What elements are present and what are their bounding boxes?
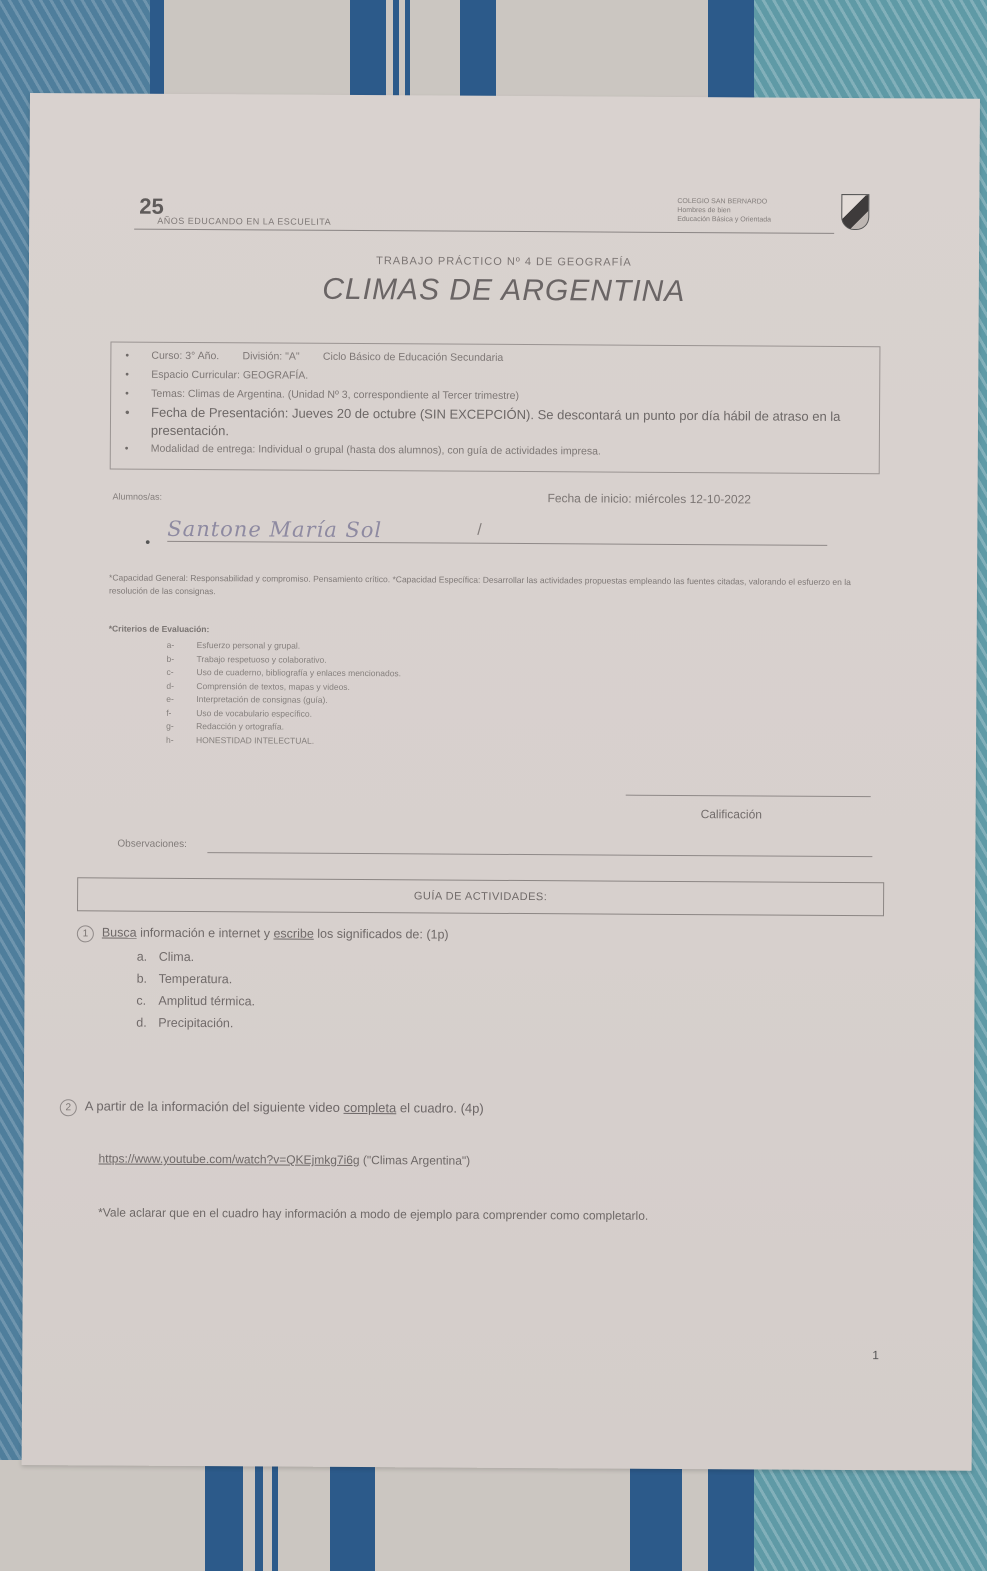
student-name-handwritten: Santone María Sol: [167, 517, 382, 542]
grade-label: Calificación: [701, 807, 762, 821]
fabric-navy-stripe: [255, 1460, 263, 1571]
term-item: d.Precipitación.: [136, 1012, 255, 1035]
grade-line: [626, 795, 871, 797]
school-info: COLEGIO SAN BERNARDO Hombres de bien Edu…: [677, 197, 771, 225]
question-number-circle: 1: [77, 925, 94, 942]
header-divider: [134, 229, 834, 234]
criterio-item: e-Interpretación de consignas (guía).: [166, 693, 401, 708]
name-line: [167, 541, 827, 546]
criterio-item: a-Esfuerzo personal y grupal.: [167, 639, 402, 654]
activities-guide-header: GUÍA DE ACTIVIDADES:: [77, 877, 884, 916]
observations-line: [207, 852, 872, 857]
name-separator: /: [477, 522, 482, 540]
question-2: 2A partir de la información del siguient…: [60, 1098, 484, 1119]
document-subtitle: TRABAJO PRÁCTICO Nº 4 DE GEOGRAFÍA: [29, 253, 979, 271]
fabric-navy-stripe: [272, 1460, 278, 1571]
start-date: Fecha de inicio: miércoles 12-10-2022: [547, 491, 751, 506]
question-number-circle: 2: [60, 1099, 77, 1116]
info-item-due-date: Fecha de Presentación: Jueves 20 de octu…: [151, 404, 879, 444]
youtube-link[interactable]: https://www.youtube.com/watch?v=QKEjmkg7…: [98, 1151, 359, 1167]
info-box: Curso: 3° Año. División: "A" Ciclo Básic…: [110, 341, 881, 474]
term-item: c.Amplitud térmica.: [136, 990, 255, 1013]
header-slogan: AÑOS EDUCANDO EN LA ESCUELITA: [157, 216, 331, 227]
criterio-item: h-HONESTIDAD INTELECTUAL.: [166, 733, 401, 748]
page-number: 1: [872, 1348, 879, 1362]
video-link-line: https://www.youtube.com/watch?v=QKEjmkg7…: [98, 1151, 470, 1167]
question-1: 1Busca información e internet y escribe …: [77, 925, 449, 944]
question-1-terms: a.Clima. b.Temperatura. c.Amplitud térmi…: [136, 946, 255, 1035]
capacidades-text: *Capacidad General: Responsabilidad y co…: [109, 571, 879, 602]
fabric-navy-stripe: [205, 1460, 243, 1571]
fabric-light-band-bottom: [0, 1460, 630, 1571]
criterio-item: g-Redacción y ortografía.: [166, 720, 401, 735]
fabric-navy-stripe: [330, 1460, 375, 1571]
document-title: CLIMAS DE ARGENTINA: [29, 271, 979, 311]
bullet-icon: •: [145, 534, 150, 550]
students-label: Alumnos/as:: [113, 492, 163, 502]
info-item-delivery: Modalidad de entrega: Individual o grupa…: [151, 440, 879, 463]
criterio-item: c-Uso de cuaderno, bibliografía y enlace…: [166, 666, 401, 681]
criterio-item: b-Trabajo respetuoso y colaborativo.: [167, 652, 402, 667]
criterio-item: f-Uso de vocabulario específico.: [166, 706, 401, 721]
school-crest-icon: [841, 194, 869, 230]
clarification-note: *Vale aclarar que en el cuadro hay infor…: [98, 1205, 648, 1222]
criterios-title: *Criterios de Evaluación:: [109, 623, 210, 634]
school-line: Educación Básica y Orientada: [677, 215, 771, 225]
observations-label: Observaciones:: [117, 839, 187, 850]
criterio-item: d-Comprensión de textos, mapas y videos.: [166, 679, 401, 694]
term-item: b.Temperatura.: [137, 968, 256, 991]
term-item: a.Clima.: [137, 946, 256, 969]
fabric-navy-stripe: [630, 1460, 682, 1571]
criterios-list: a-Esfuerzo personal y grupal. b-Trabajo …: [166, 639, 401, 748]
worksheet-paper: 25 AÑOS EDUCANDO EN LA ESCUELITA COLEGIO…: [22, 93, 980, 1471]
